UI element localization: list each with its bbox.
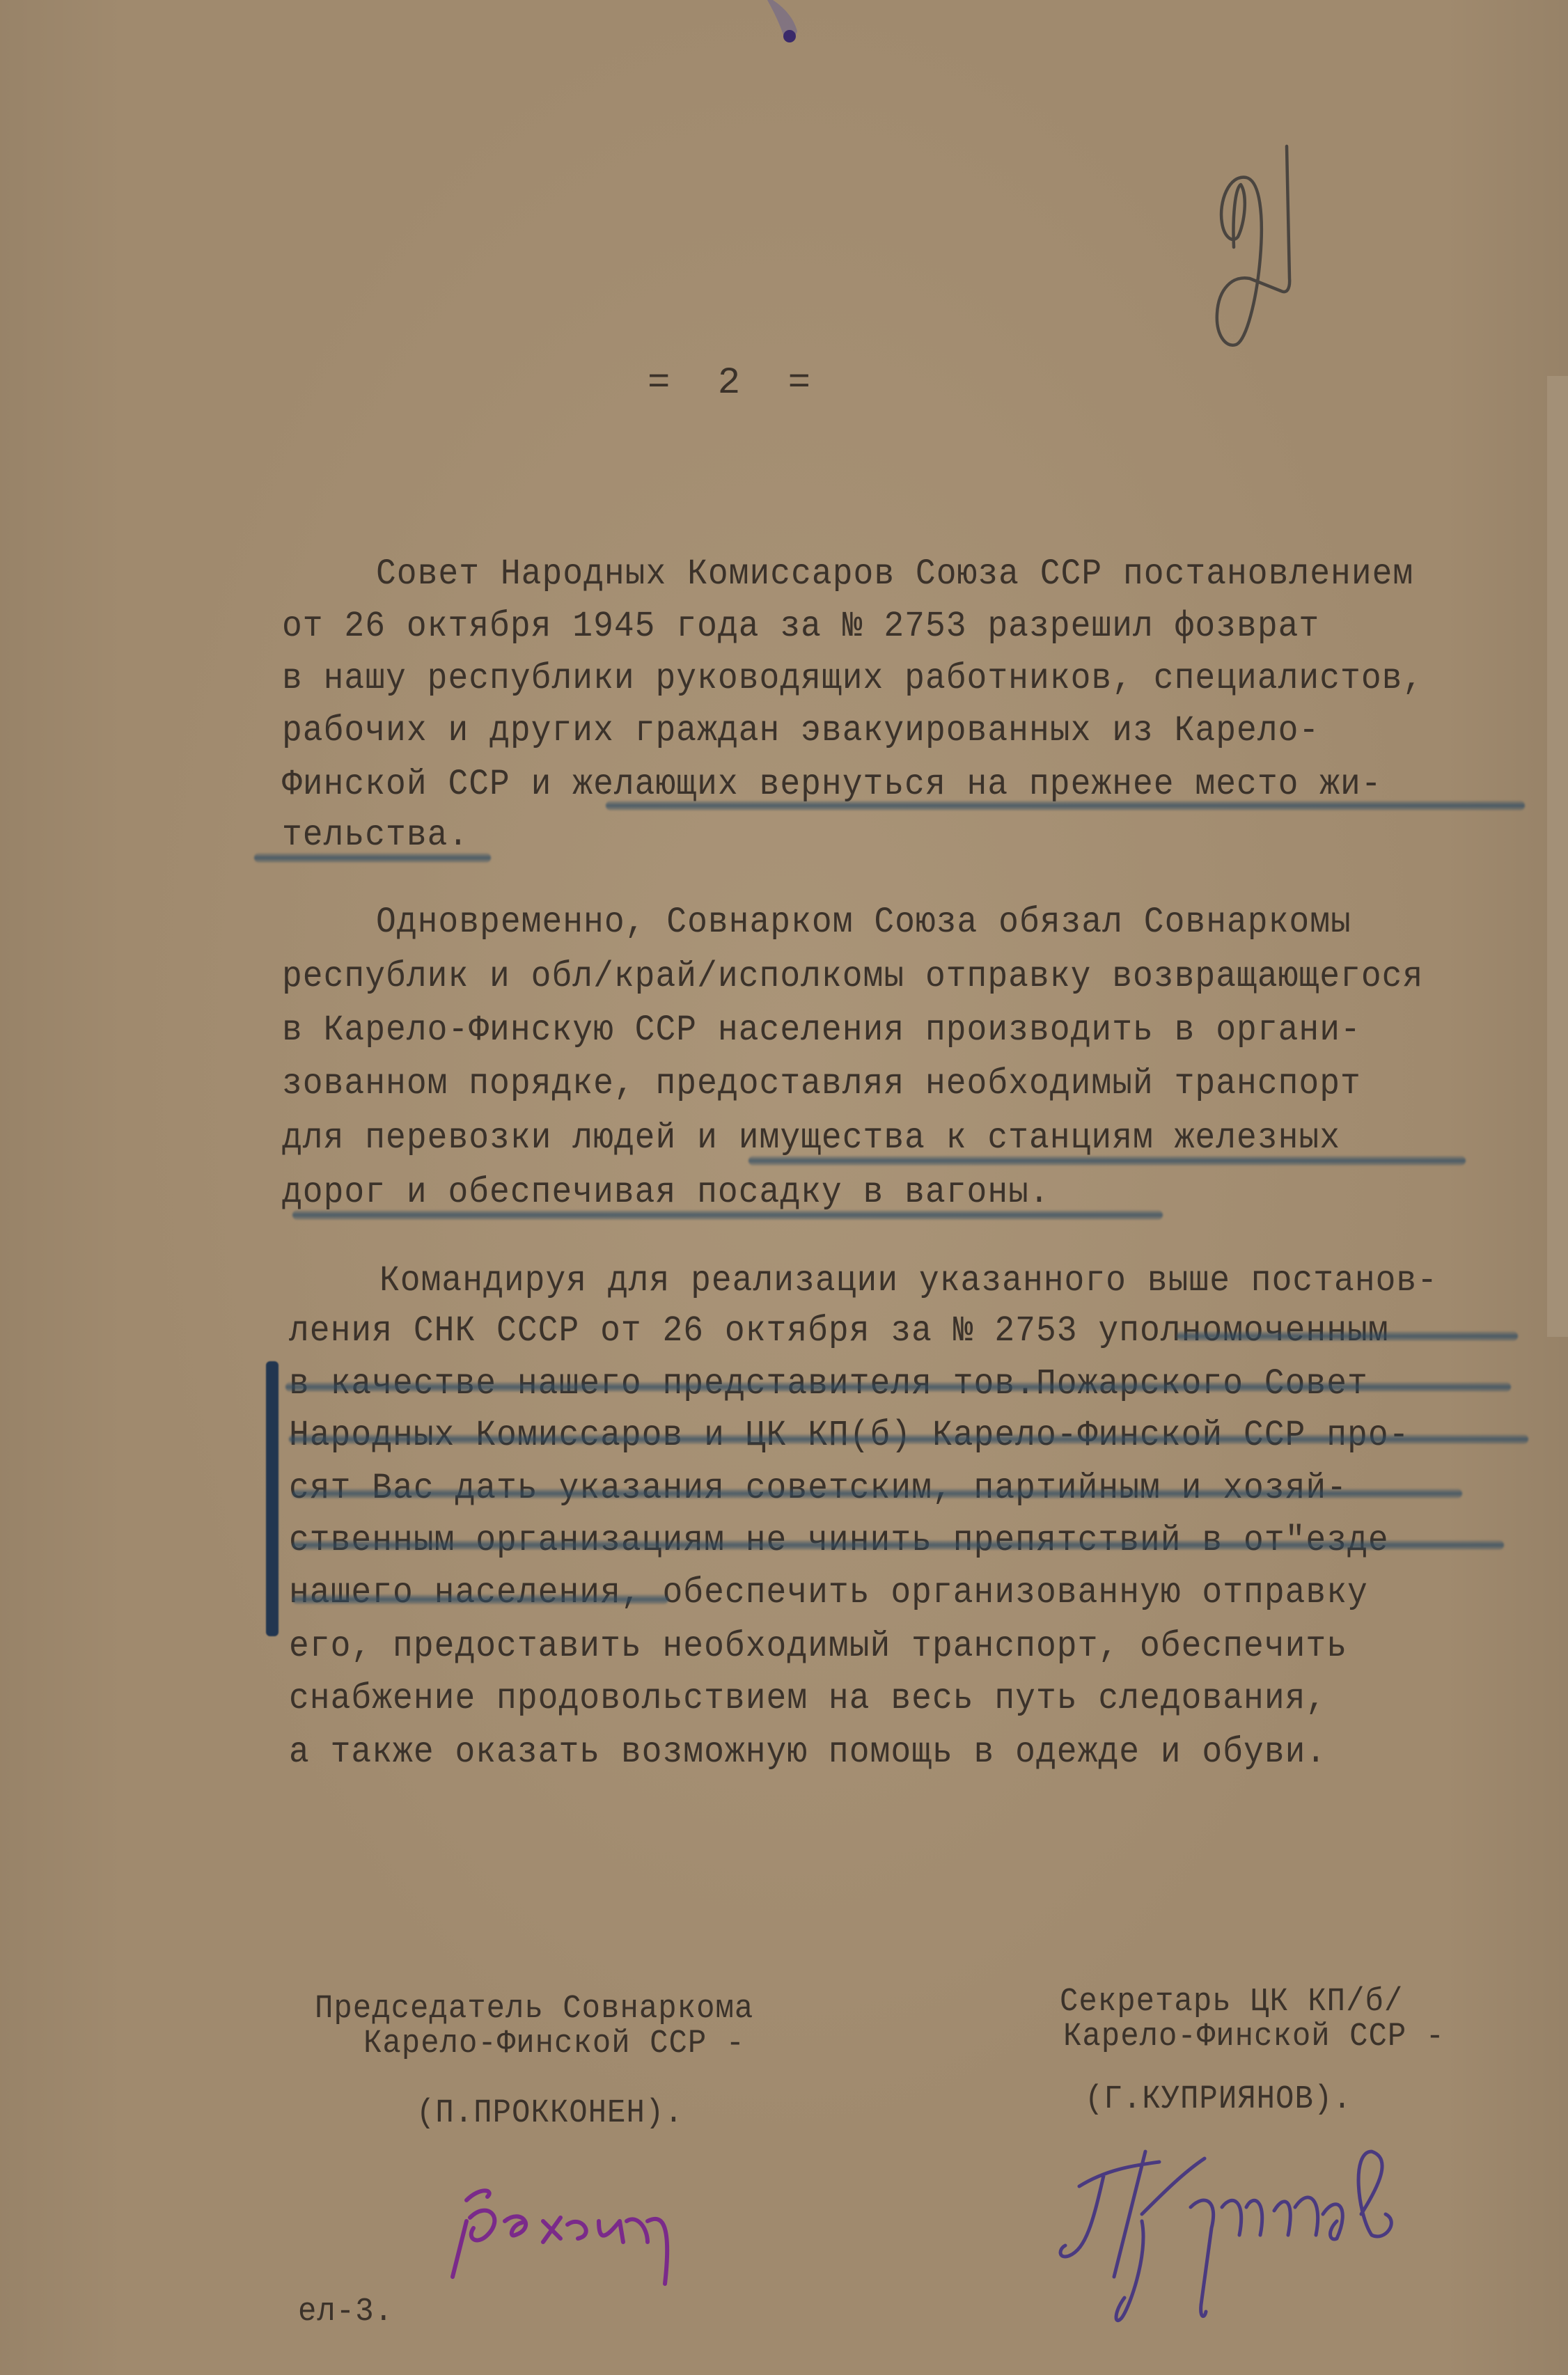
document-page: 2 = 2 = Совет Народных Комиссаров Союза … [0, 0, 1568, 2375]
text-line: его, предоставить необходимый транспорт,… [289, 1626, 1347, 1668]
text-line: рабочих и других граждан эвакуированных … [282, 710, 1319, 752]
pencil-underline [292, 1540, 1504, 1550]
handwritten-sheet-number [1205, 139, 1330, 362]
pencil-underline [289, 1434, 1528, 1444]
page-header: = 2 = [648, 362, 823, 405]
text-line: в нашу республики руководящих работников… [282, 658, 1423, 700]
text-line: от 26 октября 1945 года за № 2753 разреш… [282, 606, 1319, 648]
text-line: снабжение продовольствием на весь путь с… [289, 1678, 1326, 1720]
pencil-underline [1177, 1331, 1518, 1341]
text-line: Финской ССР и желающих вернуться на преж… [282, 764, 1382, 806]
text-line: Совет Народных Комиссаров Союза ССР пост… [376, 554, 1413, 595]
text-line: зованном порядке, предоставляя необходим… [282, 1063, 1361, 1105]
signatory-title: Карело-Финской ССР - [363, 2023, 745, 2064]
pencil-underline [292, 1210, 1163, 1220]
text-line: Командируя для реализации указанного выш… [379, 1260, 1438, 1302]
signatory-name: (П.ПРОККОНЕН). [416, 2092, 684, 2134]
pencil-underline [606, 801, 1525, 810]
signatory-title: Карело-Финской ССР - [1063, 2016, 1445, 2057]
pencil-underline [748, 1156, 1466, 1166]
text-line: а также оказать возможную помощь в одежд… [289, 1732, 1326, 1773]
typist-mark: ел-3. [298, 2291, 393, 2333]
text-line: для перевозки людей и имущества к станци… [282, 1118, 1340, 1159]
pencil-underline [292, 1594, 668, 1604]
text-line: республик и обл/край/исполкомы отправку … [282, 956, 1423, 998]
text-line: Одновременно, Совнарком Союза обязал Сов… [376, 902, 1351, 943]
text-line: тельства. [282, 815, 469, 856]
text-line: в Карело-Финскую ССР населения производи… [282, 1010, 1361, 1051]
pencil-underline [292, 1489, 1462, 1498]
margin-bracket-mark [266, 1361, 279, 1636]
text-line: нашего населения, обеспечить организован… [289, 1572, 1368, 1614]
pencil-underline [254, 853, 491, 863]
pencil-underline [285, 1382, 1511, 1392]
adjacent-page-edge [1547, 376, 1568, 1337]
handwritten-signature-right [1044, 2110, 1518, 2339]
handwritten-signature-left [439, 2158, 787, 2305]
text-line: дорог и обеспечивая посадку в вагоны. [282, 1172, 1050, 1214]
ink-blot-mark [752, 0, 836, 49]
